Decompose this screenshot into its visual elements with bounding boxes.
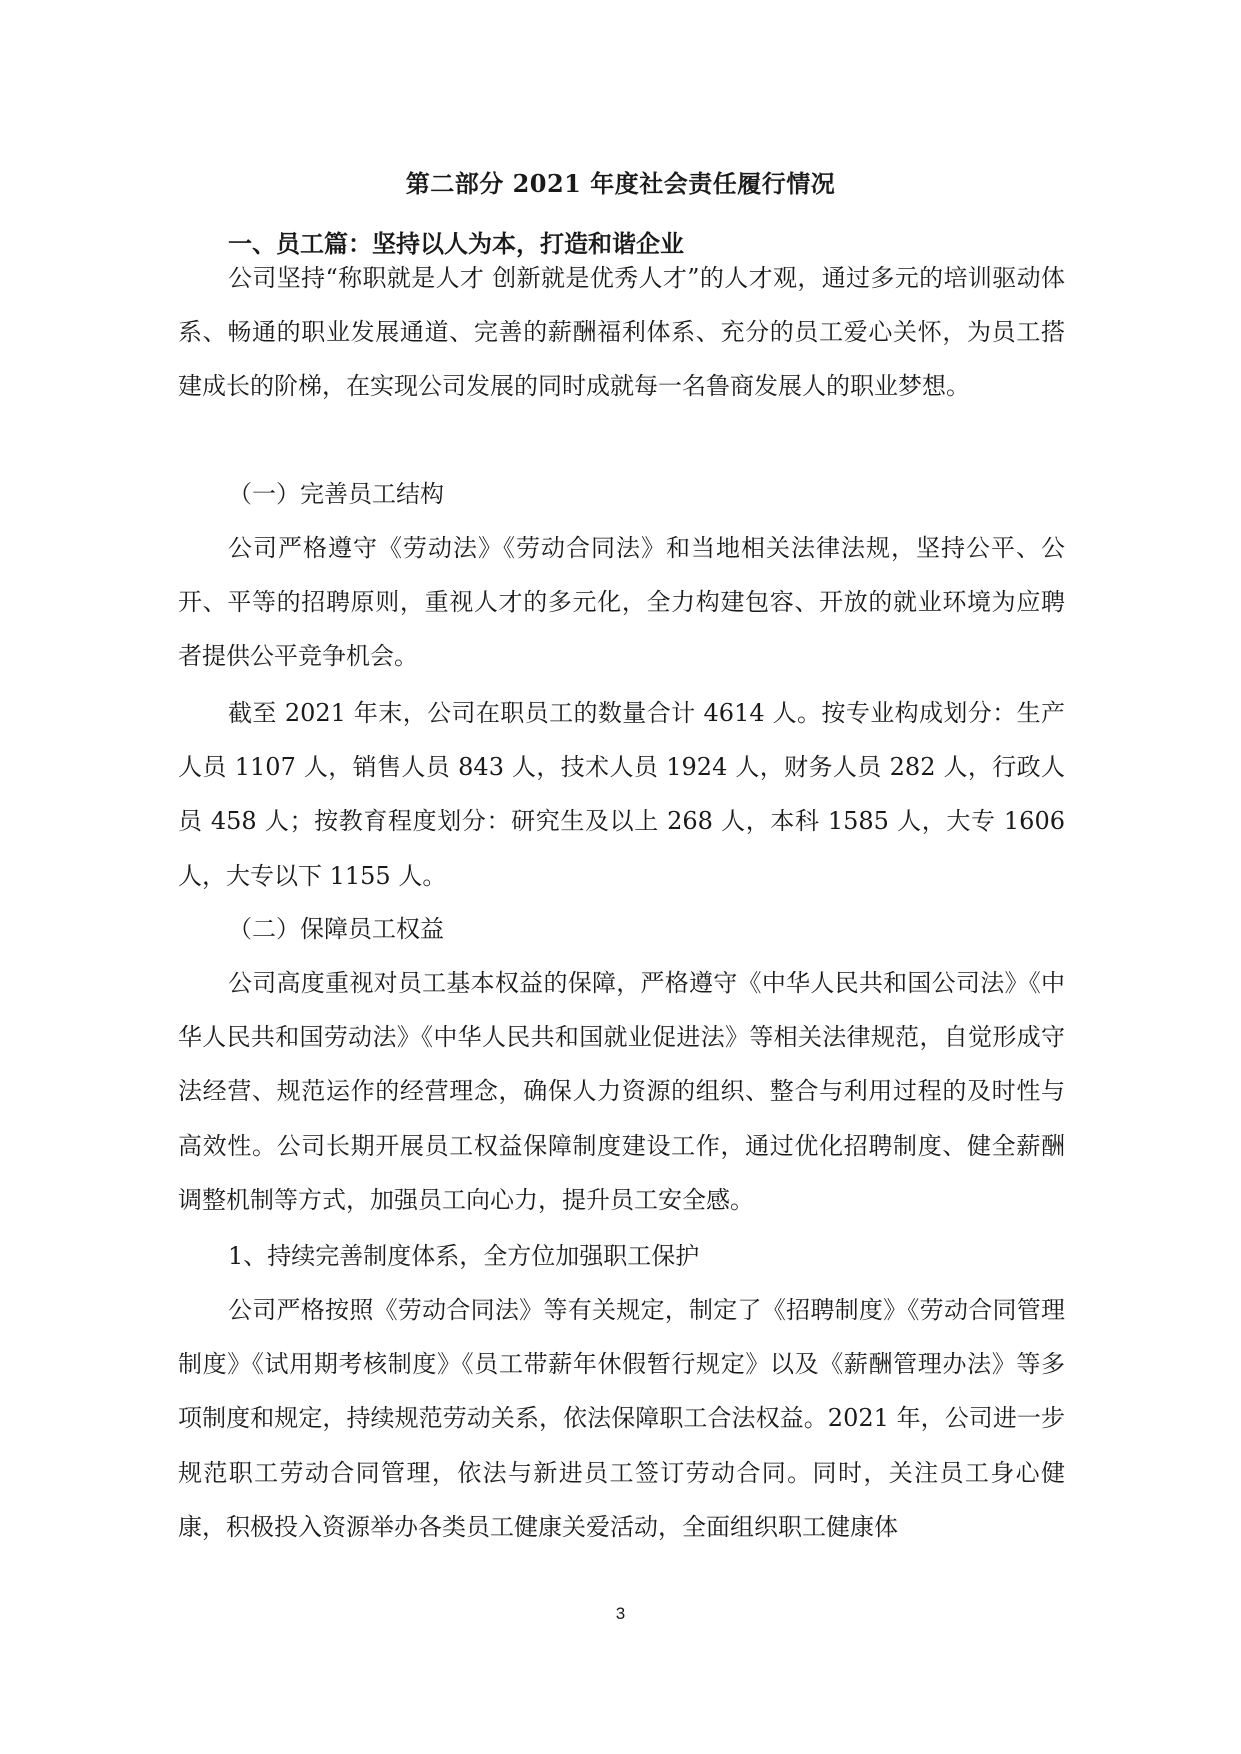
intro-paragraph: 公司坚持“称职就是人才 创新就是优秀人才”的人才观，通过多元的培训驱动体系、畅通… bbox=[178, 251, 1065, 414]
headcount-paragraph: 截至 2021 年末，公司在职员工的数量合计 4614 人。按专业构成划分：生产… bbox=[178, 686, 1065, 903]
subsection-2-heading: （二）保障员工权益 bbox=[228, 909, 444, 949]
intro-paragraph-block: 公司坚持“称职就是人才 创新就是优秀人才”的人才观，通过多元的培训驱动体系、畅通… bbox=[178, 251, 1065, 414]
page-title: 第二部分 2021 年度社会责任履行情况 bbox=[0, 164, 1241, 204]
subsection-1-paragraph-2-block: 截至 2021 年末，公司在职员工的数量合计 4614 人。按专业构成划分：生产… bbox=[178, 686, 1065, 903]
subsection-1-paragraph-1-block: 公司严格遵守《劳动法》《劳动合同法》和当地相关法律法规，坚持公平、公开、平等的招… bbox=[178, 521, 1065, 684]
rights-paragraph: 公司高度重视对员工基本权益的保障，严格遵守《中华人民共和国公司法》《中华人民共和… bbox=[178, 956, 1065, 1227]
subsection-1-heading: （一）完善员工结构 bbox=[228, 474, 444, 514]
item-1-paragraph-block: 公司严格按照《劳动合同法》等有关规定，制定了《招聘制度》《劳动合同管理制度》《试… bbox=[178, 1283, 1065, 1554]
subsection-2-paragraph-block: 公司高度重视对员工基本权益的保障，严格遵守《中华人民共和国公司法》《中华人民共和… bbox=[178, 956, 1065, 1227]
recruitment-paragraph: 公司严格遵守《劳动法》《劳动合同法》和当地相关法律法规，坚持公平、公开、平等的招… bbox=[178, 521, 1065, 684]
document-page: 第二部分 2021 年度社会责任履行情况 一、员工篇：坚持以人为本，打造和谐企业… bbox=[0, 0, 1241, 1754]
page-number: 3 bbox=[0, 1604, 1241, 1624]
policy-paragraph: 公司严格按照《劳动合同法》等有关规定，制定了《招聘制度》《劳动合同管理制度》《试… bbox=[178, 1283, 1065, 1554]
item-1-heading: 1、持续完善制度体系，全方位加强职工保护 bbox=[228, 1236, 699, 1276]
